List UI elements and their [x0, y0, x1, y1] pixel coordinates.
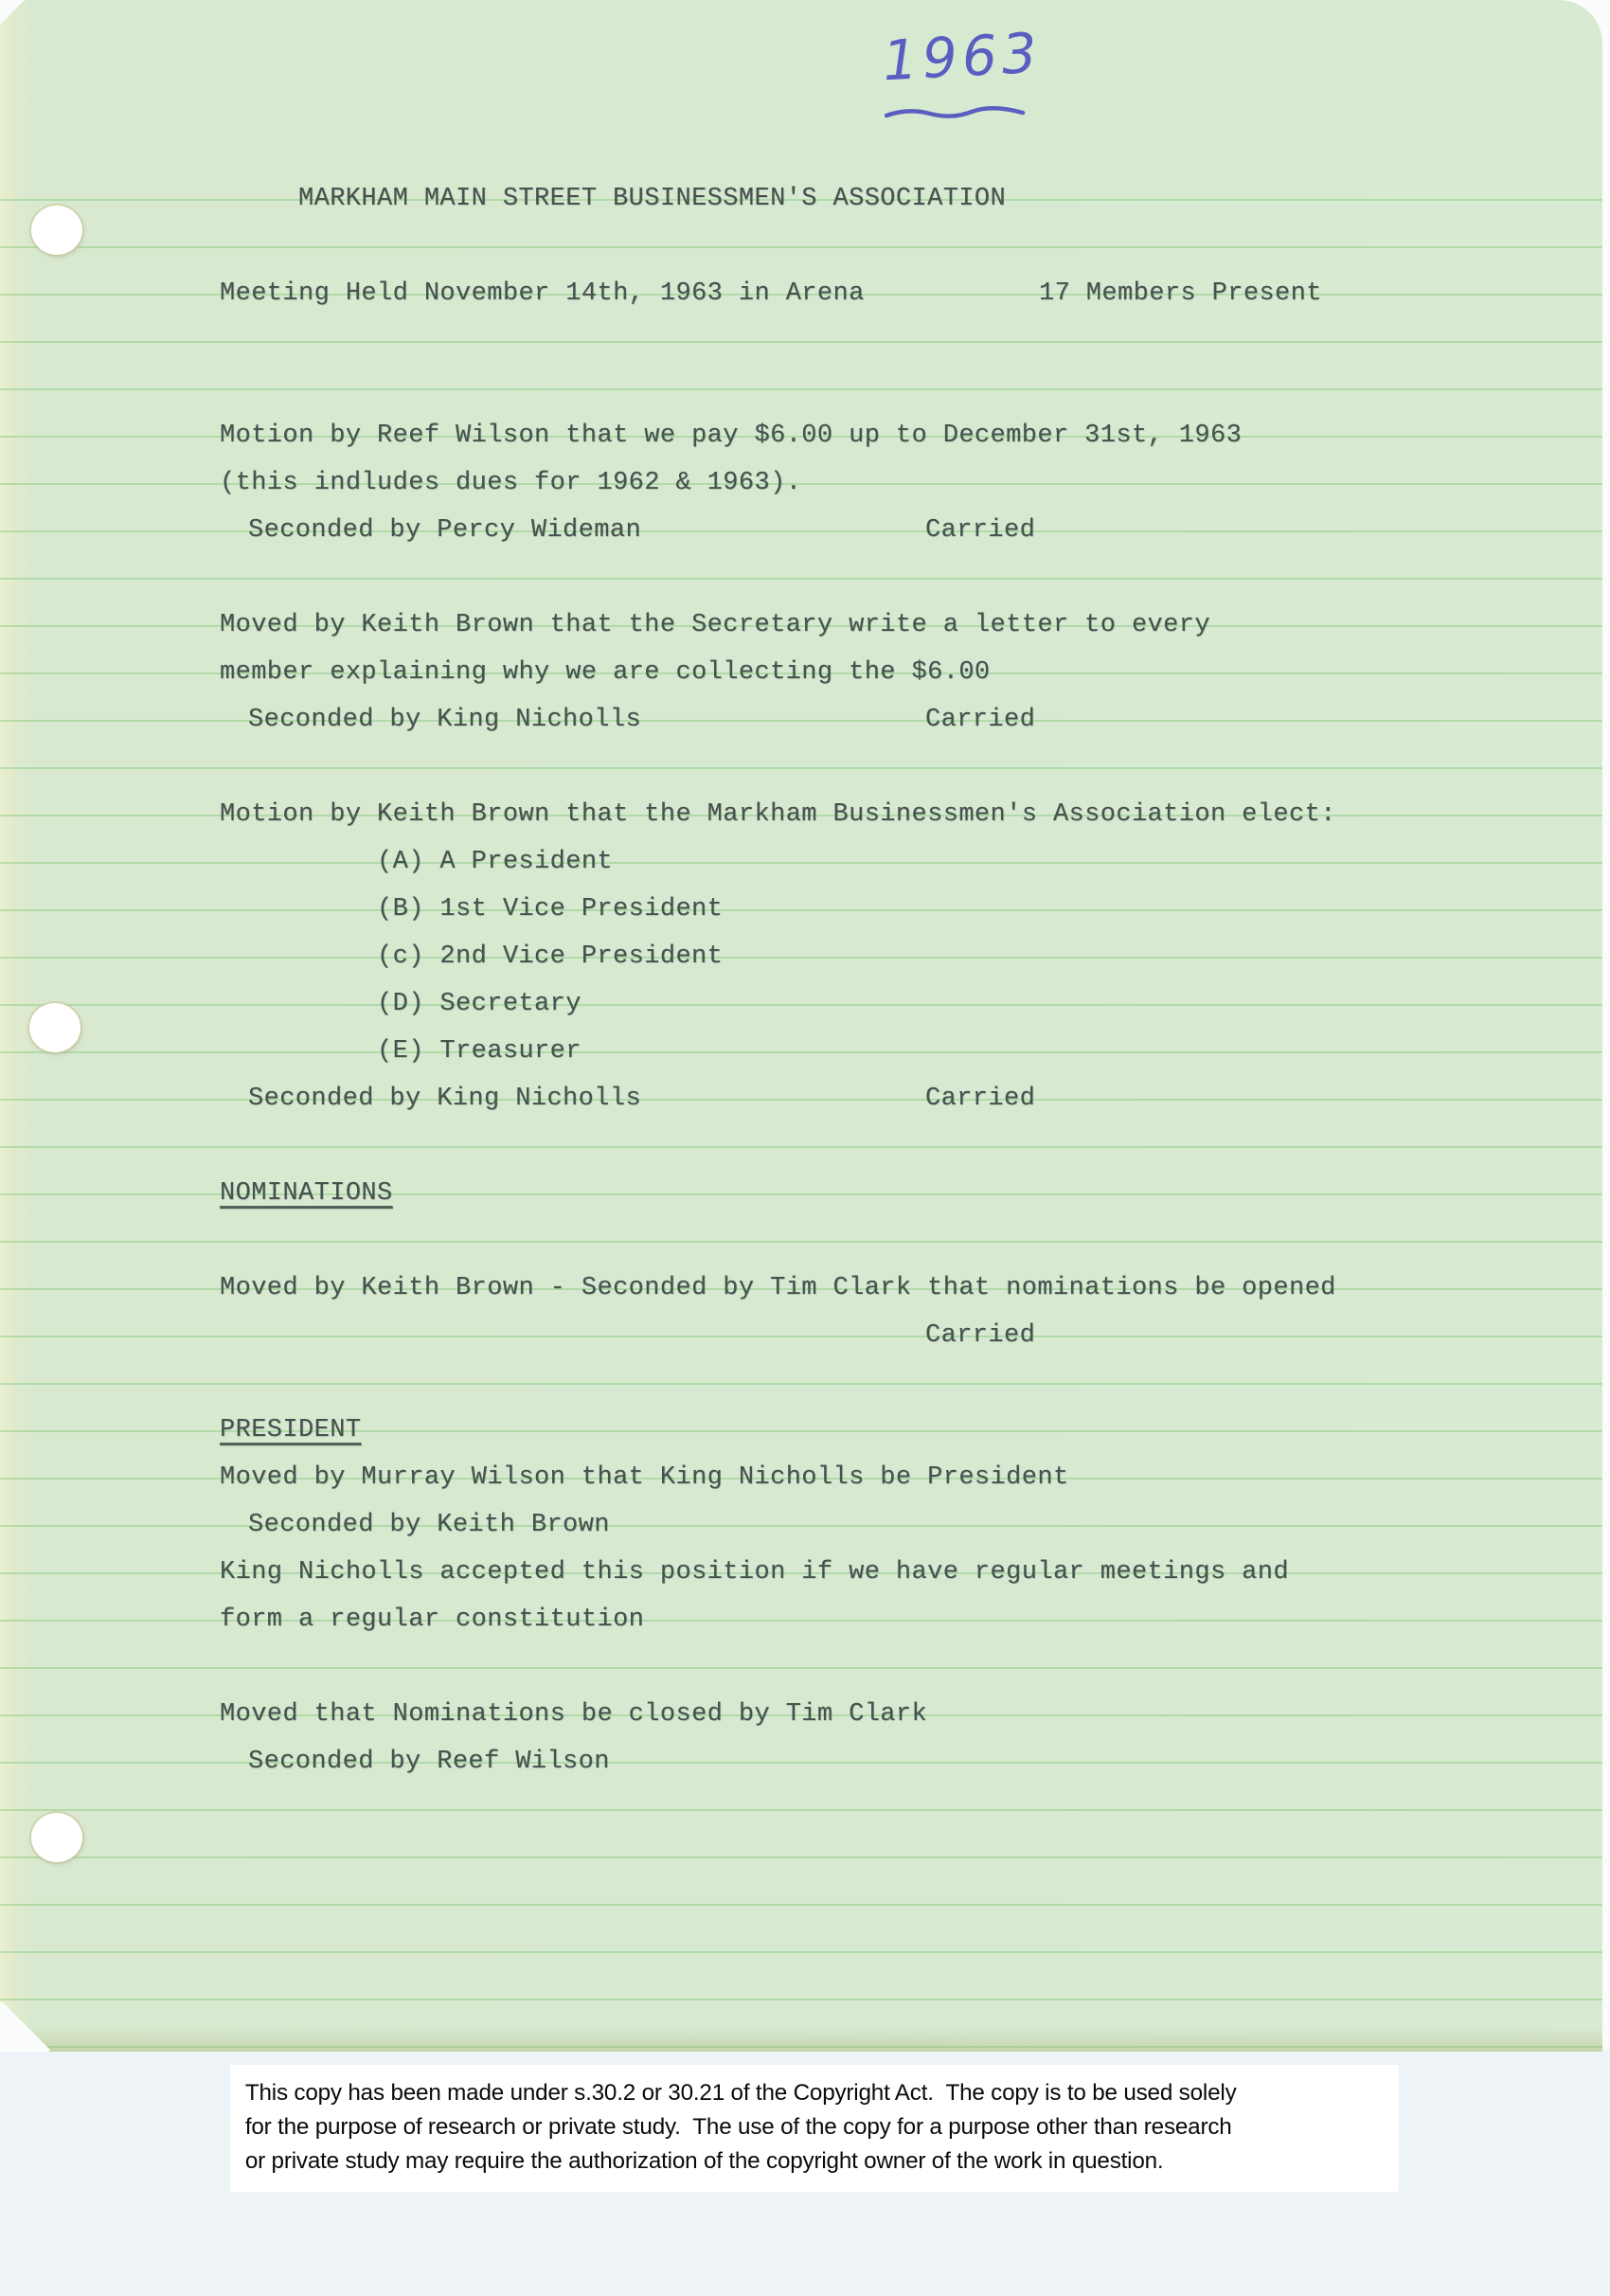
typed-text: Seconded by King Nicholls — [248, 1085, 641, 1113]
typed-text: Moved that Nominations be closed by Tim … — [220, 1700, 927, 1729]
typed-line: (A) A President — [0, 838, 1602, 886]
typed-line: (B) 1st Vice President — [0, 886, 1602, 933]
handwritten-year: 1963 — [881, 21, 1043, 94]
copyright-line: for the purpose of research or private s… — [245, 2110, 1384, 2144]
copyright-line: or private study may require the authori… — [245, 2144, 1384, 2179]
typed-right-text: Carried — [925, 696, 1035, 744]
typed-text: Seconded by Percy Wideman — [248, 516, 641, 545]
paper-bottom-edge-shadow — [0, 2027, 1602, 2052]
typed-text: Motion by Reef Wilson that we pay $6.00 … — [220, 422, 1242, 450]
typed-line — [0, 744, 1602, 791]
typed-text: Moved by Keith Brown - Seconded by Tim C… — [220, 1274, 1336, 1302]
typed-text: Seconded by Keith Brown — [248, 1511, 610, 1539]
typed-line: Seconded by King NichollsCarried — [0, 696, 1602, 744]
typed-line: Seconded by King NichollsCarried — [0, 1075, 1602, 1122]
typed-line: (c) 2nd Vice President — [0, 933, 1602, 980]
scanned-page: { "annotation": { "year": "1963", "ink_c… — [0, 0, 1610, 2296]
typed-text: MARKHAM MAIN STREET BUSINESSMEN'S ASSOCI… — [298, 185, 1006, 213]
typed-text: (B) 1st Vice President — [377, 895, 723, 924]
typed-text: NOMINATIONS — [220, 1179, 393, 1208]
typed-line: Moved by Murray Wilson that King Nicholl… — [0, 1454, 1602, 1501]
section-heading: PRESIDENT — [0, 1407, 1602, 1454]
typed-line — [0, 223, 1602, 270]
section-heading: NOMINATIONS — [0, 1170, 1602, 1217]
typed-text: King Nicholls accepted this position if … — [220, 1558, 1289, 1587]
typed-right-text: Carried — [925, 507, 1035, 554]
typed-line — [0, 1122, 1602, 1170]
typed-text: member explaining why we are collecting … — [220, 658, 991, 687]
typed-line: (E) Treasurer — [0, 1028, 1602, 1075]
typed-line: MARKHAM MAIN STREET BUSINESSMEN'S ASSOCI… — [0, 175, 1602, 223]
typed-text: (this indludes dues for 1962 & 1963). — [220, 469, 801, 497]
typed-line: King Nicholls accepted this position if … — [0, 1549, 1602, 1596]
typed-line: (this indludes dues for 1962 & 1963). — [0, 459, 1602, 507]
copyright-notice: This copy has been made under s.30.2 or … — [230, 2065, 1399, 2192]
typed-text: Seconded by King Nicholls — [248, 706, 641, 734]
typed-text: PRESIDENT — [220, 1416, 361, 1444]
typed-text: (E) Treasurer — [377, 1037, 581, 1066]
typed-right-text: Carried — [925, 1075, 1035, 1122]
typed-line: (D) Secretary — [0, 980, 1602, 1028]
typed-text: (c) 2nd Vice President — [377, 942, 723, 971]
typed-line: Seconded by Keith Brown — [0, 1501, 1602, 1549]
typed-content: MARKHAM MAIN STREET BUSINESSMEN'S ASSOCI… — [0, 175, 1602, 1785]
typed-text: (A) A President — [377, 848, 613, 876]
typed-right-text: 17 Members Present — [1039, 270, 1322, 317]
typed-line: Seconded by Reef Wilson — [0, 1738, 1602, 1785]
typed-line — [0, 365, 1602, 412]
typed-line — [0, 1359, 1602, 1407]
hole-punch-top — [31, 206, 82, 255]
hole-punch-middle — [29, 1003, 80, 1052]
typed-line: Meeting Held November 14th, 1963 in Aren… — [0, 270, 1602, 317]
typed-line: Moved by Keith Brown - Seconded by Tim C… — [0, 1265, 1602, 1312]
typed-line: form a regular constitution — [0, 1596, 1602, 1643]
typed-text: Seconded by Reef Wilson — [248, 1748, 610, 1776]
typed-line: Moved that Nominations be closed by Tim … — [0, 1691, 1602, 1738]
typed-text: Meeting Held November 14th, 1963 in Aren… — [220, 279, 865, 308]
typed-text: (D) Secretary — [377, 990, 581, 1018]
typed-line — [0, 554, 1602, 601]
typed-right-text: Carried — [925, 1312, 1035, 1359]
typed-text: form a regular constitution — [220, 1605, 644, 1634]
typed-line: Seconded by Percy WidemanCarried — [0, 507, 1602, 554]
typed-line: Motion by Reef Wilson that we pay $6.00 … — [0, 412, 1602, 459]
typed-text: Moved by Murray Wilson that King Nicholl… — [220, 1463, 1069, 1492]
typed-text: Motion by Keith Brown that the Markham B… — [220, 800, 1336, 829]
typed-line — [0, 1643, 1602, 1691]
typed-line: Moved by Keith Brown that the Secretary … — [0, 601, 1602, 649]
copyright-line: This copy has been made under s.30.2 or … — [245, 2076, 1384, 2110]
typed-line — [0, 317, 1602, 365]
hole-punch-bottom — [31, 1813, 82, 1862]
top-left-corner-notch — [0, 0, 33, 33]
typed-line — [0, 1217, 1602, 1265]
handwritten-underline — [885, 104, 1027, 123]
typed-line: Motion by Keith Brown that the Markham B… — [0, 791, 1602, 838]
typed-text: Moved by Keith Brown that the Secretary … — [220, 611, 1210, 639]
green-lined-paper: MARKHAM MAIN STREET BUSINESSMEN'S ASSOCI… — [0, 0, 1602, 2052]
typed-line: member explaining why we are collecting … — [0, 649, 1602, 696]
typed-line: Carried — [0, 1312, 1602, 1359]
